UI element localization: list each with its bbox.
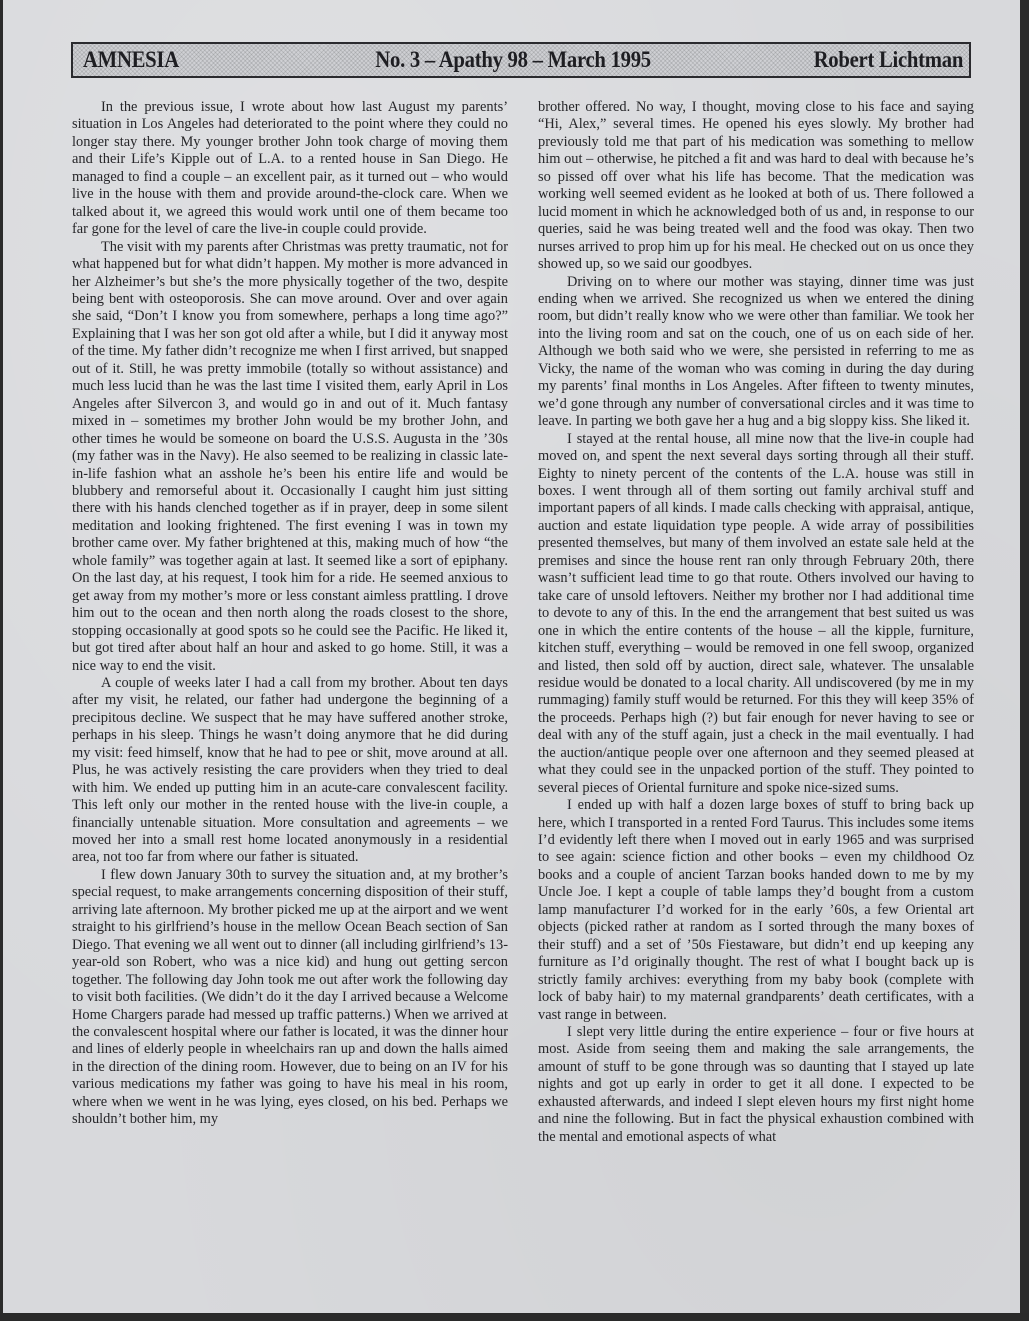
paragraph: The visit with my parents after Christma… xyxy=(72,239,508,675)
paragraph: I slept very little during the entire ex… xyxy=(538,1024,974,1146)
left-text-column: In the previous issue, I wrote about how… xyxy=(72,99,508,1129)
paragraph: In the previous issue, I wrote about how… xyxy=(72,99,508,239)
document-page: AMNESIA No. 3 – Apathy 98 – March 1995 R… xyxy=(3,0,1020,1313)
paragraph: I ended up with half a dozen large boxes… xyxy=(538,797,974,1024)
right-text-column: brother offered. No way, I thought, movi… xyxy=(538,99,974,1146)
publication-title: AMNESIA xyxy=(83,47,179,73)
paragraph-continued: brother offered. No way, I thought, movi… xyxy=(538,99,974,274)
masthead-banner: AMNESIA No. 3 – Apathy 98 – March 1995 R… xyxy=(71,42,971,78)
paragraph: A couple of weeks later I had a call fro… xyxy=(72,675,508,867)
author-name: Robert Lichtman xyxy=(814,47,963,73)
paragraph: Driving on to where our mother was stayi… xyxy=(538,274,974,431)
issue-info: No. 3 – Apathy 98 – March 1995 xyxy=(375,47,651,73)
paragraph: I stayed at the rental house, all mine n… xyxy=(538,431,974,798)
scan-edge-shadow xyxy=(0,1313,1029,1321)
paragraph: I flew down January 30th to survey the s… xyxy=(72,867,508,1129)
